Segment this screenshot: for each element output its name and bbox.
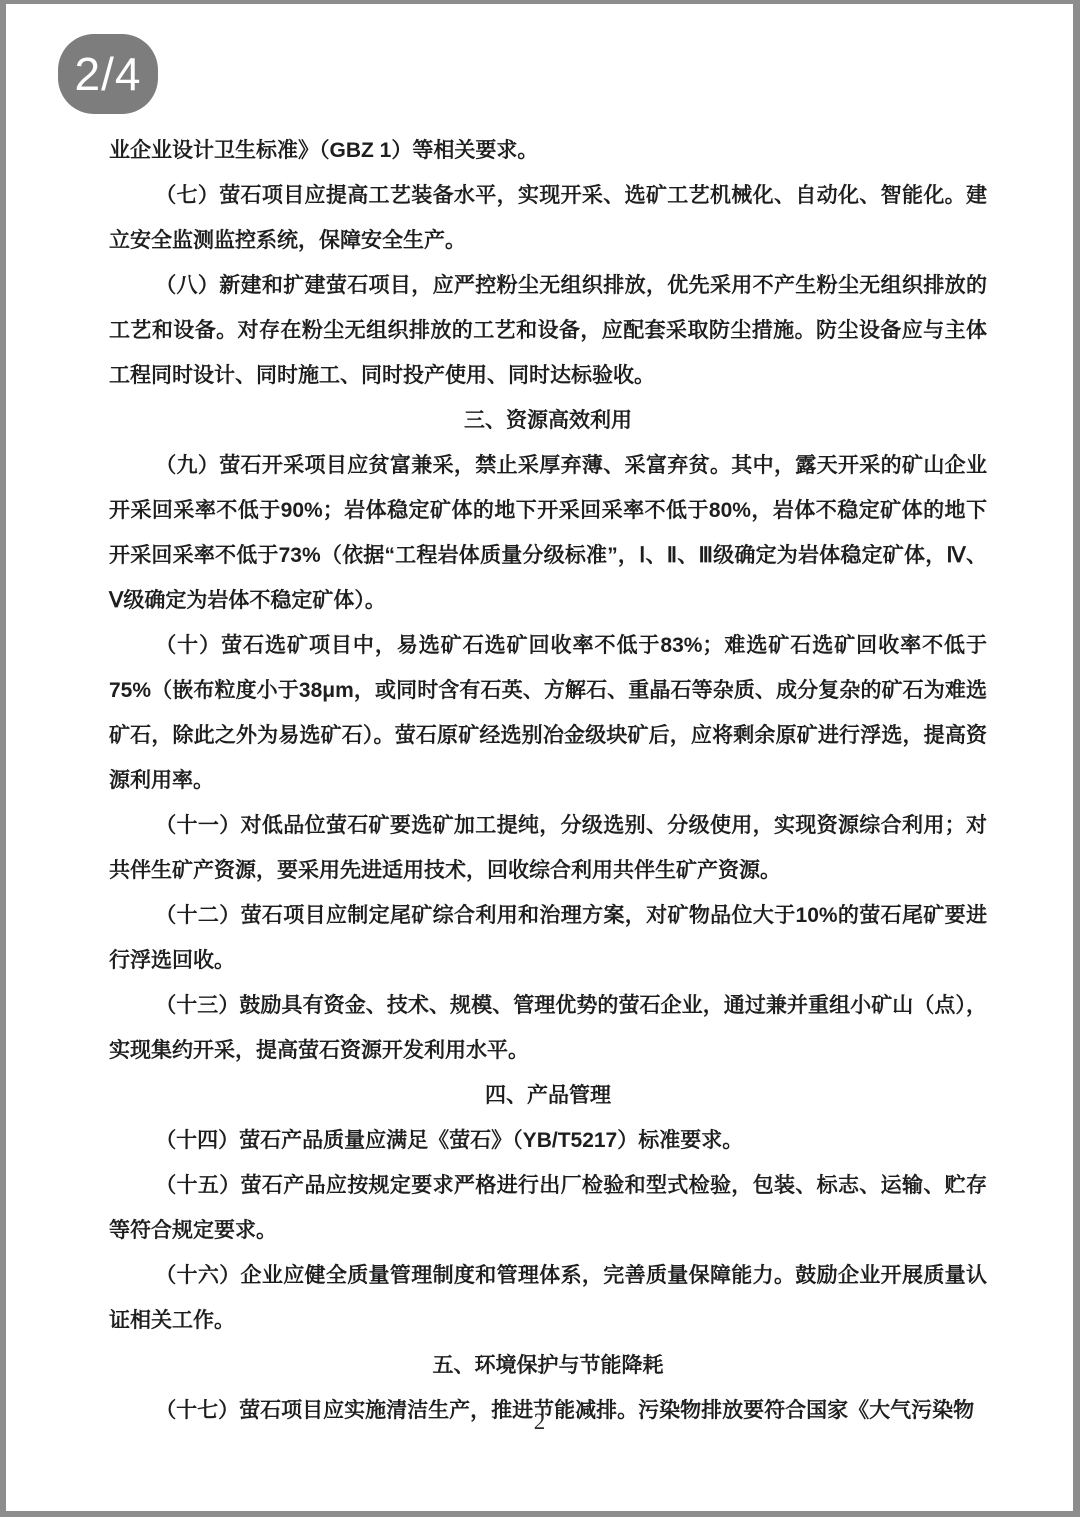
paragraph: （十六）企业应健全质量管理制度和管理体系，完善质量保障能力。鼓励企业开展质量认证… xyxy=(109,1253,987,1343)
paragraph: （十）萤石选矿项目中，易选矿石选矿回收率不低于83%；难选矿石选矿回收率不低于7… xyxy=(109,623,987,803)
page-position-badge: 2/4 xyxy=(58,34,158,114)
document-content: 业企业设计卫生标准》（GBZ 1）等相关要求。（七）萤石项目应提高工艺装备水平，… xyxy=(109,128,987,1433)
paragraph: （十二）萤石项目应制定尾矿综合利用和治理方案，对矿物品位大于10%的萤石尾矿要进… xyxy=(109,893,987,983)
paragraph: （九）萤石开采项目应贫富兼采，禁止采厚弃薄、采富弃贫。其中，露天开采的矿山企业开… xyxy=(109,443,987,623)
paragraph-continuation: 业企业设计卫生标准》（GBZ 1）等相关要求。 xyxy=(109,128,987,173)
section-heading: 五、环境保护与节能降耗 xyxy=(109,1343,987,1388)
paragraph: （十三）鼓励具有资金、技术、规模、管理优势的萤石企业，通过兼并重组小矿山（点），… xyxy=(109,983,987,1073)
document-page: 2/4 业企业设计卫生标准》（GBZ 1）等相关要求。（七）萤石项目应提高工艺装… xyxy=(0,0,1080,1517)
section-heading: 四、产品管理 xyxy=(109,1073,987,1118)
page-number: 2 xyxy=(6,1409,1073,1435)
paragraph: （八）新建和扩建萤石项目，应严控粉尘无组织排放，优先采用不产生粉尘无组织排放的工… xyxy=(109,263,987,398)
paragraph: （十一）对低品位萤石矿要选矿加工提纯，分级选别、分级使用，实现资源综合利用；对共… xyxy=(109,803,987,893)
paragraph: （十四）萤石产品质量应满足《萤石》（YB/T5217）标准要求。 xyxy=(109,1118,987,1163)
section-heading: 三、资源高效利用 xyxy=(109,398,987,443)
paragraph: （十五）萤石产品应按规定要求严格进行出厂检验和型式检验，包装、标志、运输、贮存等… xyxy=(109,1163,987,1253)
paragraph: （七）萤石项目应提高工艺装备水平，实现开采、选矿工艺机械化、自动化、智能化。建立… xyxy=(109,173,987,263)
